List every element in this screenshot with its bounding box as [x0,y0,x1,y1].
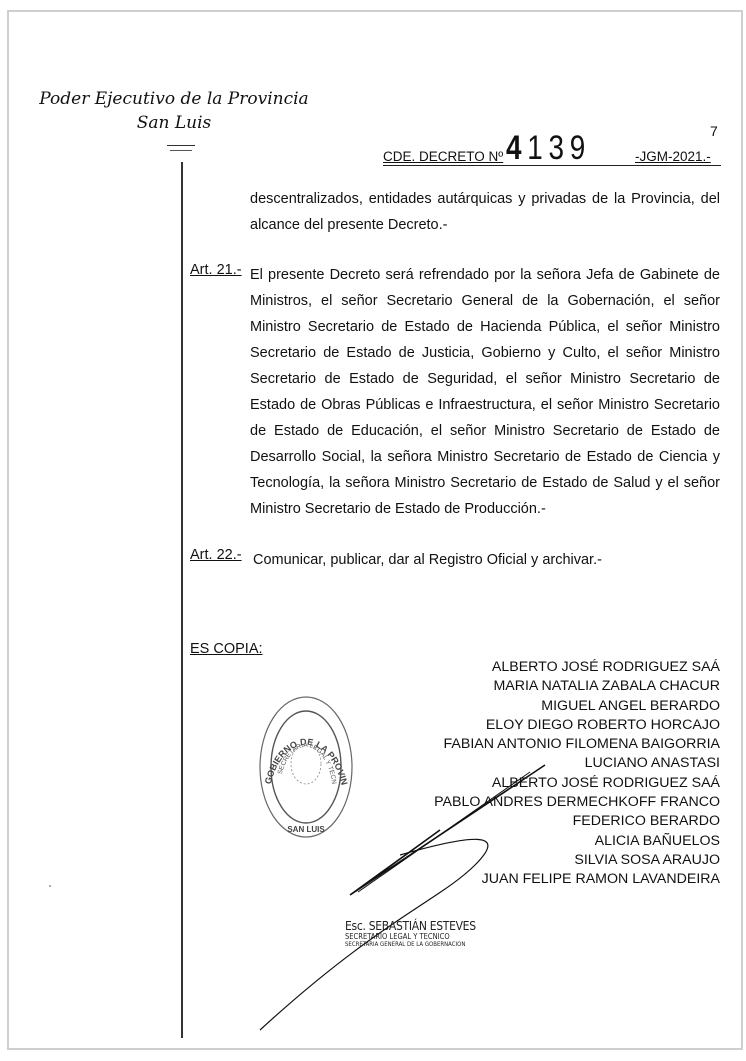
header-underline [383,165,721,166]
letterhead: Poder Ejecutivo de la Provincia San Luis [14,88,334,134]
decree-label: CDE. DECRETO Nº [383,149,503,164]
decree-header: CDE. DECRETO Nº 4139 -JGM-2021.- [365,127,721,167]
signer-name: SILVIA SOSA ARAUJO [380,851,720,870]
signer-name: PABLO ANDRES DERMECHKOFF FRANCO [380,793,720,812]
article-21-text: El presente Decreto será refrendado por … [250,262,720,522]
signer-name: JUAN FELIPE RAMON LAVANDEIRA [380,870,720,889]
stamp-name: Esc. SEBASTIÁN ESTEVES [345,920,476,932]
signer-name: MIGUEL ANGEL BERARDO [380,697,720,716]
intro-paragraph: descentralizados, entidades autárquicas … [250,186,720,238]
letterhead-line1: Poder Ejecutivo de la Provincia [39,89,308,109]
letterhead-rule [167,145,195,146]
svg-text:SAN LUIS: SAN LUIS [287,825,325,834]
stamp-subtitle: SECRETARIA GENERAL DE LA GOBERNACION [345,941,476,948]
decree-number-rest: 139 [527,129,591,167]
decree-number-first: 4 [506,129,527,167]
svg-text:GOBIERNO DE LA PROVINCIA DE SA: GOBIERNO DE LA PROVINCIA DE SAN LUIS [256,692,349,786]
signer-name: LUCIANO ANASTASI [380,754,720,773]
signer-name: ALBERTO JOSÉ RODRIGUEZ SAÁ [380,774,720,793]
page-number: 7 [710,123,718,139]
letterhead-line2: San Luis [14,112,334,134]
stamp-title: SECRETARIO LEGAL Y TECNICO [345,932,476,941]
article-22-text: Comunicar, publicar, dar al Registro Ofi… [253,547,723,573]
margin-rule [181,162,183,1038]
signer-name: FEDERICO BERARDO [380,812,720,831]
decree-suffix: -JGM-2021.- [635,149,711,164]
scan-artifact [49,885,51,887]
signer-name: ALICIA BAÑUELOS [380,832,720,851]
decree-number: 4139 [506,129,591,168]
signer-name: MARIA NATALIA ZABALA CHACUR [380,677,720,696]
signer-name: ELOY DIEGO ROBERTO HORCAJO [380,716,720,735]
signers-list: ALBERTO JOSÉ RODRIGUEZ SAÁ MARIA NATALIA… [380,658,720,890]
article-22-label: Art. 22.- [190,547,242,563]
official-seal-icon: GOBIERNO DE LA PROVINCIA DE SAN LUIS SEC… [256,692,356,842]
signer-name: ALBERTO JOSÉ RODRIGUEZ SAÁ [380,658,720,677]
article-21-label: Art. 21.- [190,262,242,278]
signature-stamp: Esc. SEBASTIÁN ESTEVES SECRETARIO LEGAL … [345,920,476,948]
es-copia-label: ES COPIA: [190,641,263,657]
letterhead-rule [170,150,192,151]
signer-name: FABIAN ANTONIO FILOMENA BAIGORRIA [380,735,720,754]
